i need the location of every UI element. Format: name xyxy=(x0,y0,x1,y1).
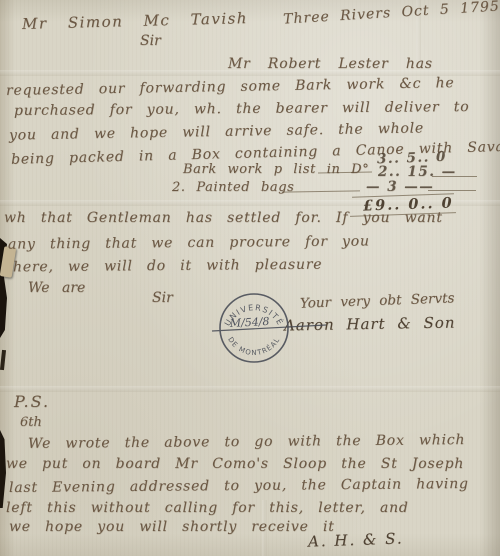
dash-rule xyxy=(282,190,360,192)
ps-label: P.S. xyxy=(14,392,50,411)
body-line: requested our forwarding some Bark work … xyxy=(6,75,455,99)
account-row-label: 2. Painted bags xyxy=(172,180,294,195)
closing-sir: Sir xyxy=(152,290,173,306)
ps-signature: A. H. & S. xyxy=(308,529,404,550)
ps-line: we hope you will shortly receive it xyxy=(9,519,335,535)
ps-line: left this without calling for this, lett… xyxy=(6,500,409,516)
stamp-code: M/54/8 xyxy=(228,315,269,330)
stamp-arc-bottom-text: DE MONTRÉAL xyxy=(226,336,282,357)
dateline: Three Rivers Oct 5 1795 xyxy=(283,0,500,28)
torn-edge xyxy=(0,350,6,370)
letter-scan: Mr Simon Mc Tavish Three Rivers Oct 5 17… xyxy=(0,0,500,556)
body-line: you and we hope will arrive safe. the wh… xyxy=(9,120,424,143)
ps-line: last Evening addressed to you, the Capta… xyxy=(9,476,469,496)
ps-line: we put on board Mr Como's Sloop the St J… xyxy=(6,456,464,472)
dash-rule xyxy=(432,176,477,177)
account-row-value: — 3 —— xyxy=(366,179,434,195)
ps-date: 6th xyxy=(20,415,42,430)
account-row-label: Bark work p list in D° xyxy=(183,162,369,177)
body-line: here, we will do it with pleasure xyxy=(13,257,323,276)
body-line: purchased for you, wh. the bearer will d… xyxy=(14,99,470,119)
library-stamp: UNIVERSITÉ DE MONTRÉAL M/54/8 xyxy=(204,289,332,369)
body-opening-line: Mr Robert Lester has xyxy=(228,56,433,72)
svg-text:DE MONTRÉAL: DE MONTRÉAL xyxy=(226,336,282,357)
salutation: Sir xyxy=(140,33,161,49)
addressee-line: Mr Simon Mc Tavish xyxy=(22,9,248,33)
body-line: wh that Gentleman has settled for. If yo… xyxy=(4,210,443,226)
account-row-value: 2.. 15. — xyxy=(378,164,457,180)
dash-rule xyxy=(428,190,476,191)
fold-crease xyxy=(0,386,500,392)
body-line: any thing that we can procure for you xyxy=(8,233,370,252)
closing-we-are: We are xyxy=(28,280,85,296)
ps-line: We wrote the above to go with the Box wh… xyxy=(28,432,465,452)
